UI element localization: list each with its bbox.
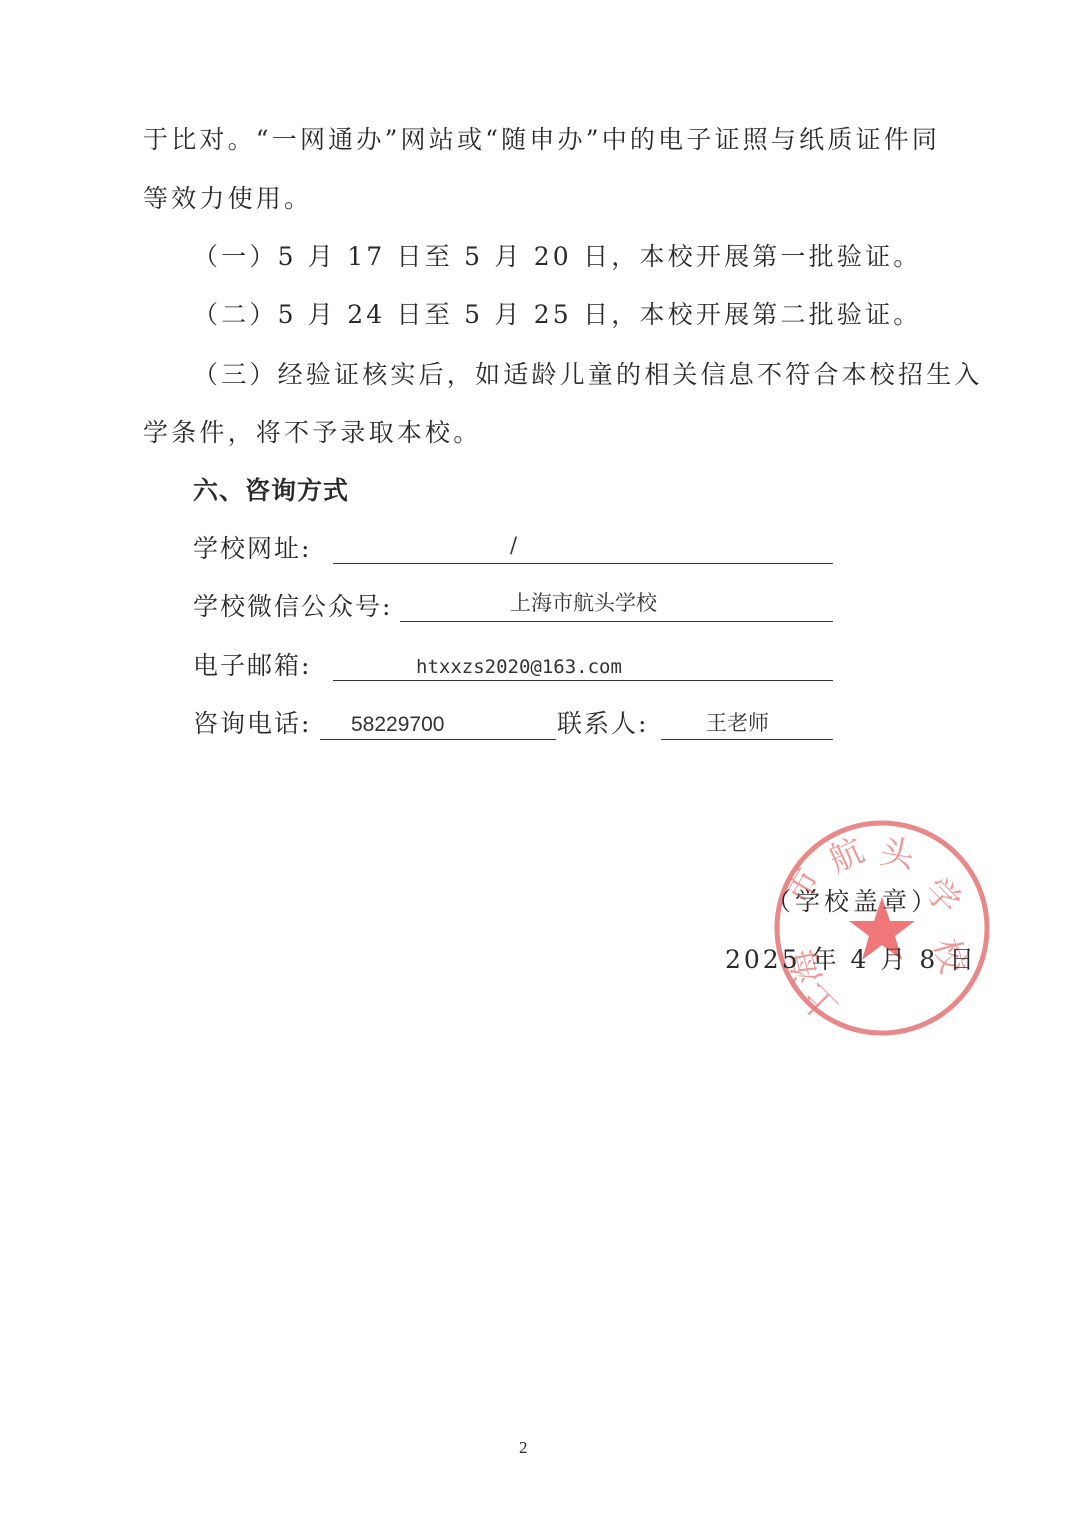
seal-note: （学校盖章）	[766, 887, 940, 917]
email-label: 电子邮箱:	[193, 651, 311, 681]
website-label: 学校网址:	[193, 534, 311, 564]
list-item-3-continued: 学条件，将不予录取本校。	[143, 418, 481, 448]
website-value: /	[510, 530, 517, 560]
list-item-1: （一）5 月 17 日至 5 月 20 日，本校开展第一批验证。	[193, 242, 921, 272]
signature-date: 2025 年 4 月 8 日	[725, 945, 977, 975]
wechat-value: 上海市航头学校	[510, 588, 657, 618]
section-heading: 六、咨询方式	[193, 476, 349, 506]
paragraph-line: 等效力使用。	[143, 184, 312, 214]
phone-label: 咨询电话:	[193, 709, 311, 739]
list-item-2: （二）5 月 24 日至 5 月 25 日，本校开展第二批验证。	[193, 300, 921, 330]
list-item-3: （三）经验证核实后，如适龄儿童的相关信息不符合本校招生入	[193, 360, 983, 390]
official-seal-icon: 市 航 头 学 校 海 上	[768, 817, 996, 1039]
paragraph-line: 于比对。“一网通办”网站或“随申办”中的电子证照与纸质证件同	[143, 125, 940, 155]
contact-label: 联系人:	[557, 709, 648, 739]
svg-text:头: 头	[877, 832, 918, 877]
website-underline	[333, 533, 833, 564]
phone-value: 58229700	[351, 710, 444, 740]
page-number: 2	[519, 1438, 528, 1458]
email-value: htxxzs2020@163.com	[416, 652, 622, 682]
wechat-label: 学校微信公众号:	[193, 592, 392, 622]
contact-value: 王老师	[706, 708, 769, 738]
